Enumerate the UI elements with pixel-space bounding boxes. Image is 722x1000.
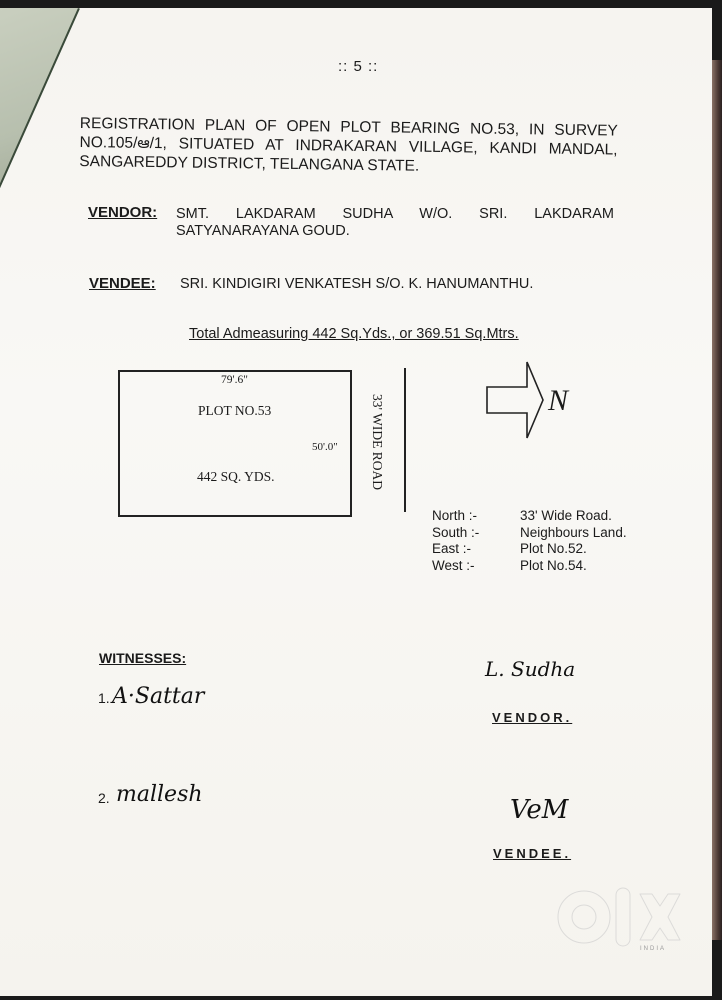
vendor-label: VENDOR: (88, 204, 157, 221)
boundary-direction: West :- (432, 558, 520, 575)
boundary-value: Plot No.54. (520, 558, 587, 575)
plot-depth-dimension: 50'.0" (312, 441, 338, 453)
boundary-value: Neighbours Land. (520, 525, 627, 542)
north-symbol: N (548, 384, 568, 418)
boundary-direction: South :- (432, 525, 520, 542)
boundary-value: Plot No.52. (520, 541, 587, 558)
plot-number-label: PLOT NO.53 (198, 403, 271, 419)
vendor-role-label: VENDOR. (492, 710, 572, 725)
vendee-role-label: VENDEE. (493, 846, 571, 861)
witness-1-number: 1. (98, 690, 110, 706)
olx-watermark-icon (556, 886, 686, 948)
road-line (404, 368, 406, 512)
boundary-value: 33' Wide Road. (520, 508, 612, 525)
boundary-west: West :- Plot No.54. (432, 558, 627, 575)
page-edge-shadow (712, 60, 722, 940)
vendee-name: SRI. KINDIGIRI VENKATESH S/O. K. HANUMAN… (180, 276, 533, 292)
witnesses-label: WITNESSES: (99, 650, 186, 666)
vendee-label: VENDEE: (89, 275, 156, 292)
boundary-direction: North :- (432, 508, 520, 525)
total-area: Total Admeasuring 442 Sq.Yds., or 369.51… (189, 326, 519, 342)
witness-2-signature: mallesh (116, 782, 203, 807)
plot-width-dimension: 79'.6" (221, 374, 248, 386)
road-label: 33' WIDE ROAD (369, 382, 385, 502)
document-title: REGISTRATION PLAN OF OPEN PLOT BEARING N… (79, 114, 618, 179)
boundary-south: South :- Neighbours Land. (432, 525, 627, 542)
vendor-name: SMT. LAKDARAM SUDHA W/O. SRI. LAKDARAM S… (176, 206, 614, 240)
page-number: :: 5 :: (338, 58, 378, 75)
boundary-direction: East :- (432, 541, 520, 558)
plot-area-label: 442 SQ. YDS. (197, 469, 275, 485)
boundaries-list: North :- 33' Wide Road. South :- Neighbo… (432, 508, 627, 574)
boundary-east: East :- Plot No.52. (432, 541, 627, 558)
watermark-subtext: INDIA (640, 946, 666, 952)
witness-2-number: 2. (98, 790, 110, 806)
vendee-signature: VeM (510, 795, 568, 825)
vendor-signature: L. Sudha (485, 657, 575, 681)
north-arrow-icon (485, 360, 547, 440)
boundary-north: North :- 33' Wide Road. (432, 508, 627, 525)
witness-1-signature: A·Sattar (112, 684, 204, 709)
